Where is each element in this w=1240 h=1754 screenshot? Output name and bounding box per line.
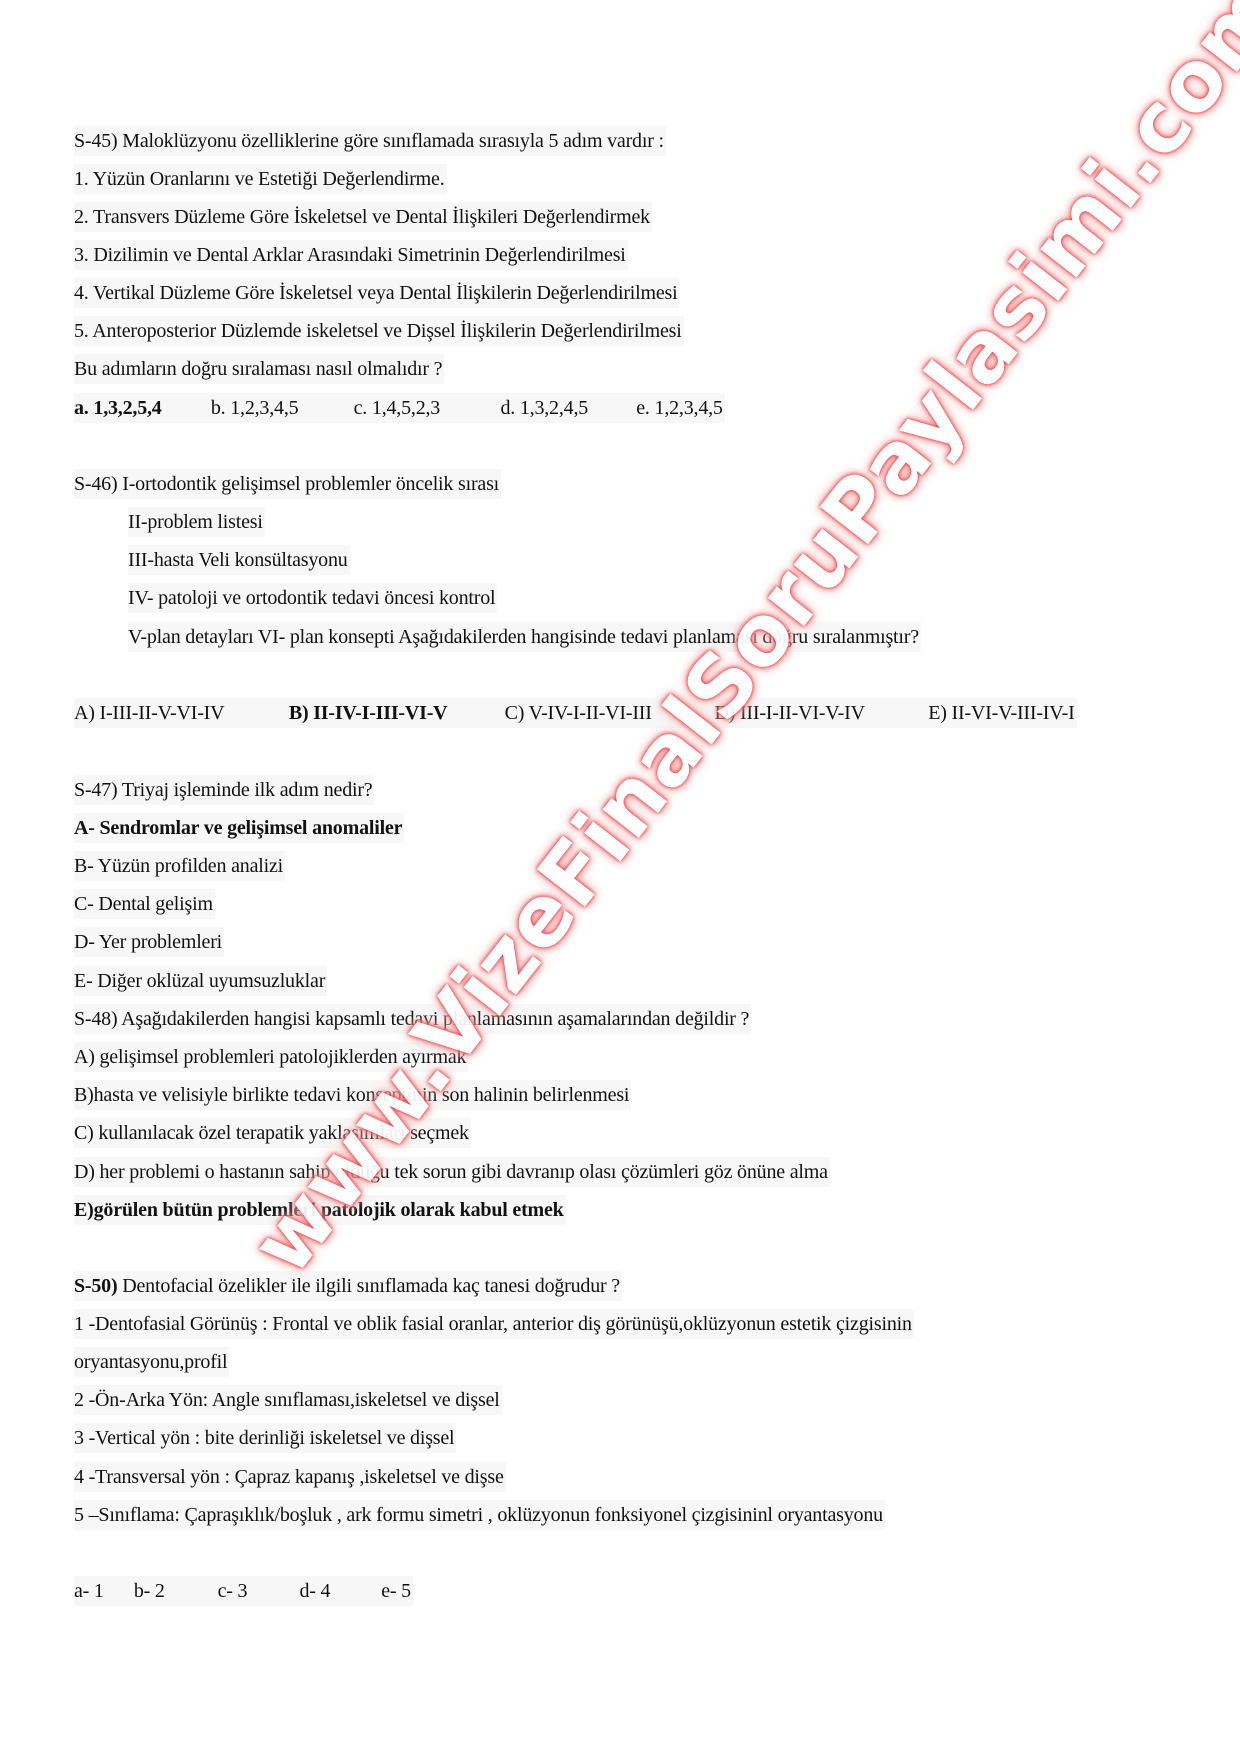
- answer-option: b- 2: [134, 1576, 213, 1606]
- question-47-option-c: C- Dental gelişim: [74, 889, 215, 919]
- question-48-option-a: A) gelişimsel problemleri patolojiklerde…: [74, 1042, 468, 1072]
- answer-option: A) I-III-II-V-VI-IV: [74, 698, 284, 728]
- question-46-title: S-46) I-ortodontik gelişimsel problemler…: [74, 469, 501, 499]
- question-46-item-5: V-plan detayları VI- plan konsepti Aşağı…: [128, 622, 921, 652]
- answer-option: c- 3: [218, 1576, 295, 1606]
- question-47-title: S-47) Triyaj işleminde ilk adım nedir?: [74, 775, 374, 805]
- answer-option: d. 1,3,2,4,5: [500, 393, 631, 423]
- question-46-options: A) I-III-II-V-VI-IV B) II-IV-I-III-VI-V …: [74, 698, 1077, 728]
- answer-option: C) V-IV-I-II-VI-III: [505, 698, 710, 728]
- answer-option: E) II-VI-V-III-IV-I: [928, 698, 1074, 728]
- answer-option: a- 1: [74, 1576, 129, 1606]
- answer-option: e. 1,2,3,4,5: [636, 393, 722, 423]
- question-47-option-e: E- Diğer oklüzal uyumsuzluklar: [74, 966, 327, 996]
- question-47-option-b: B- Yüzün profilden analizi: [74, 851, 285, 881]
- question-48-option-b: B)hasta ve velisiyle birlikte tedavi kon…: [74, 1080, 631, 1110]
- answer-option: D) III-I-II-VI-V-IV: [714, 698, 923, 728]
- question-45-step-1: 1. Yüzün Oranlarını ve Estetiği Değerlen…: [74, 164, 447, 194]
- answer-option: B) II-IV-I-III-VI-V: [289, 698, 500, 728]
- question-45-step-3: 3. Dizilimin ve Dental Arklar Arasındaki…: [74, 240, 628, 270]
- question-45-step-4: 4. Vertikal Düzleme Göre İskeletsel veya…: [74, 278, 679, 308]
- question-50-options: a- 1 b- 2 c- 3 d- 4 e- 5: [74, 1576, 413, 1606]
- question-48-title: S-48) Aşağıdakilerden hangisi kapsamlı t…: [74, 1004, 751, 1034]
- document-page: S-45) Maloklüzyonu özelliklerine göre sı…: [0, 0, 1240, 1754]
- question-47-option-a: A- Sendromlar ve gelişimsel anomaliler: [74, 813, 404, 843]
- question-47-option-d: D- Yer problemleri: [74, 927, 224, 957]
- question-50-item-2: 2 -Ön-Arka Yön: Angle sınıflaması,iskele…: [74, 1385, 502, 1415]
- answer-option: b. 1,2,3,4,5: [211, 393, 349, 423]
- question-50-item-5: 5 –Sınıflama: Çapraşıklık/boşluk , ark f…: [74, 1500, 885, 1530]
- question-45-step-5: 5. Anteroposterior Düzlemde iskeletsel v…: [74, 316, 684, 346]
- answer-option: d- 4: [299, 1576, 376, 1606]
- question-46-item-2: II-problem listesi: [128, 507, 265, 537]
- question-48-option-c: C) kullanılacak özel terapatik yaklaşıml…: [74, 1118, 471, 1148]
- answer-option: a. 1,3,2,5,4: [74, 393, 206, 423]
- question-46-item-4: IV- patoloji ve ortodontik tedavi öncesi…: [128, 583, 497, 613]
- question-45-options: a. 1,3,2,5,4 b. 1,2,3,4,5 c. 1,4,5,2,3 d…: [74, 393, 725, 423]
- question-50-text: Dentofacial özelikler ile ilgili sınıfla…: [117, 1275, 620, 1297]
- answer-option: c. 1,4,5,2,3: [354, 393, 496, 423]
- question-50-item-3: 3 -Vertical yön : bite derinliği iskelet…: [74, 1423, 456, 1453]
- question-50-item-4: 4 -Transversal yön : Çapraz kapanış ,isk…: [74, 1462, 506, 1492]
- question-46-item-3: III-hasta Veli konsültasyonu: [128, 545, 350, 575]
- question-48-option-d: D) her problemi o hastanın sahip olduğu …: [74, 1157, 830, 1187]
- question-50-item-1: 1 -Dentofasial Görünüş : Frontal ve obli…: [74, 1309, 914, 1339]
- question-48-option-e: E)görülen bütün problemleri patolojik ol…: [74, 1195, 566, 1225]
- question-50-title: S-50) Dentofacial özelikler ile ilgili s…: [74, 1271, 622, 1301]
- question-45-prompt: Bu adımların doğru sıralaması nasıl olma…: [74, 354, 444, 384]
- question-45-step-2: 2. Transvers Düzleme Göre İskeletsel ve …: [74, 202, 652, 232]
- question-50-number: S-50): [74, 1275, 117, 1297]
- answer-option: e- 5: [381, 1576, 411, 1606]
- question-45-title: S-45) Maloklüzyonu özelliklerine göre sı…: [74, 126, 666, 156]
- question-50-item-1-cont: oryantasyonu,profil: [74, 1347, 229, 1377]
